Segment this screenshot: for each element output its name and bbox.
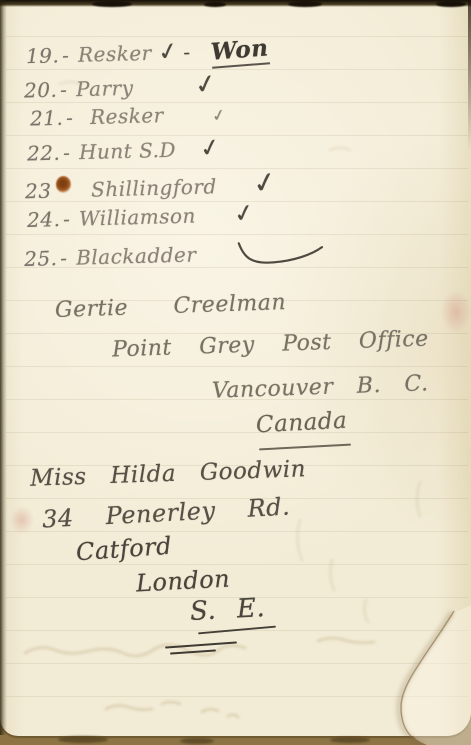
entry-number: 20.	[24, 78, 61, 103]
vancouver-address-country: Canada	[255, 408, 348, 439]
entry-number: 19.	[26, 43, 63, 68]
entry-number: 22.	[27, 141, 64, 166]
entry-dash: -	[63, 207, 80, 231]
check-mark-icon: ✓	[210, 104, 227, 125]
list-entry-20: 20. - Parry ✓	[24, 69, 218, 104]
london-address-postal: S. E.	[189, 593, 266, 627]
page-top-edge	[0, 0, 471, 7]
check-mark-icon: ✓	[250, 164, 280, 201]
edge-blot	[204, 2, 226, 7]
entry-name: Shillingford	[91, 174, 217, 201]
entry-number: 23	[25, 178, 62, 203]
list-entry-24: 24. - Williamson ✓	[27, 199, 255, 233]
entry-dash: -	[66, 105, 83, 129]
after-check-dash: -	[183, 40, 191, 64]
entry-name: Resker	[78, 41, 152, 67]
entry-dash: -	[60, 77, 77, 101]
bottom-blot	[180, 738, 214, 744]
entry-dash: -	[60, 246, 77, 270]
check-mark-icon: ✓	[155, 36, 181, 68]
folded-corner	[387, 605, 471, 745]
edge-blot	[92, 1, 132, 7]
notebook-page-scan: 19. - Resker ✓ - Won 20. - Parry ✓ 21. -…	[0, 0, 471, 745]
bottom-blot	[58, 736, 108, 743]
entry-number: 25.	[24, 246, 61, 271]
entry-dash: -	[62, 43, 79, 67]
list-entry-19: 19. - Resker ✓ - Won	[26, 35, 269, 72]
long-check-mark-icon	[234, 238, 327, 268]
list-entry-22: 22. - Hunt S.D ✓	[27, 133, 221, 166]
entry-name: Resker	[90, 103, 164, 129]
entry-name: Williamson	[79, 204, 196, 231]
won-note: Won	[209, 34, 269, 68]
bottom-blot	[330, 737, 370, 743]
entry-name: Blackadder	[76, 242, 197, 269]
london-address-city: London	[135, 565, 230, 598]
check-mark-icon: ✓	[193, 68, 221, 102]
page-left-edge	[0, 0, 7, 735]
entry-name: Parry	[76, 76, 134, 101]
check-mark-icon: ✓	[231, 198, 257, 230]
list-entry-21: 21. - Resker ✓	[30, 101, 226, 130]
entry-number: 21.	[30, 106, 67, 131]
edge-blot	[436, 1, 466, 7]
edge-blot	[288, 1, 322, 7]
entry-number: 24.	[27, 207, 64, 232]
entry-name: Hunt S.D	[79, 138, 177, 165]
list-entry-25: 25. - Blackadder	[24, 230, 327, 271]
entry-dash: -	[63, 140, 80, 164]
check-mark-icon: ✓	[197, 132, 223, 164]
